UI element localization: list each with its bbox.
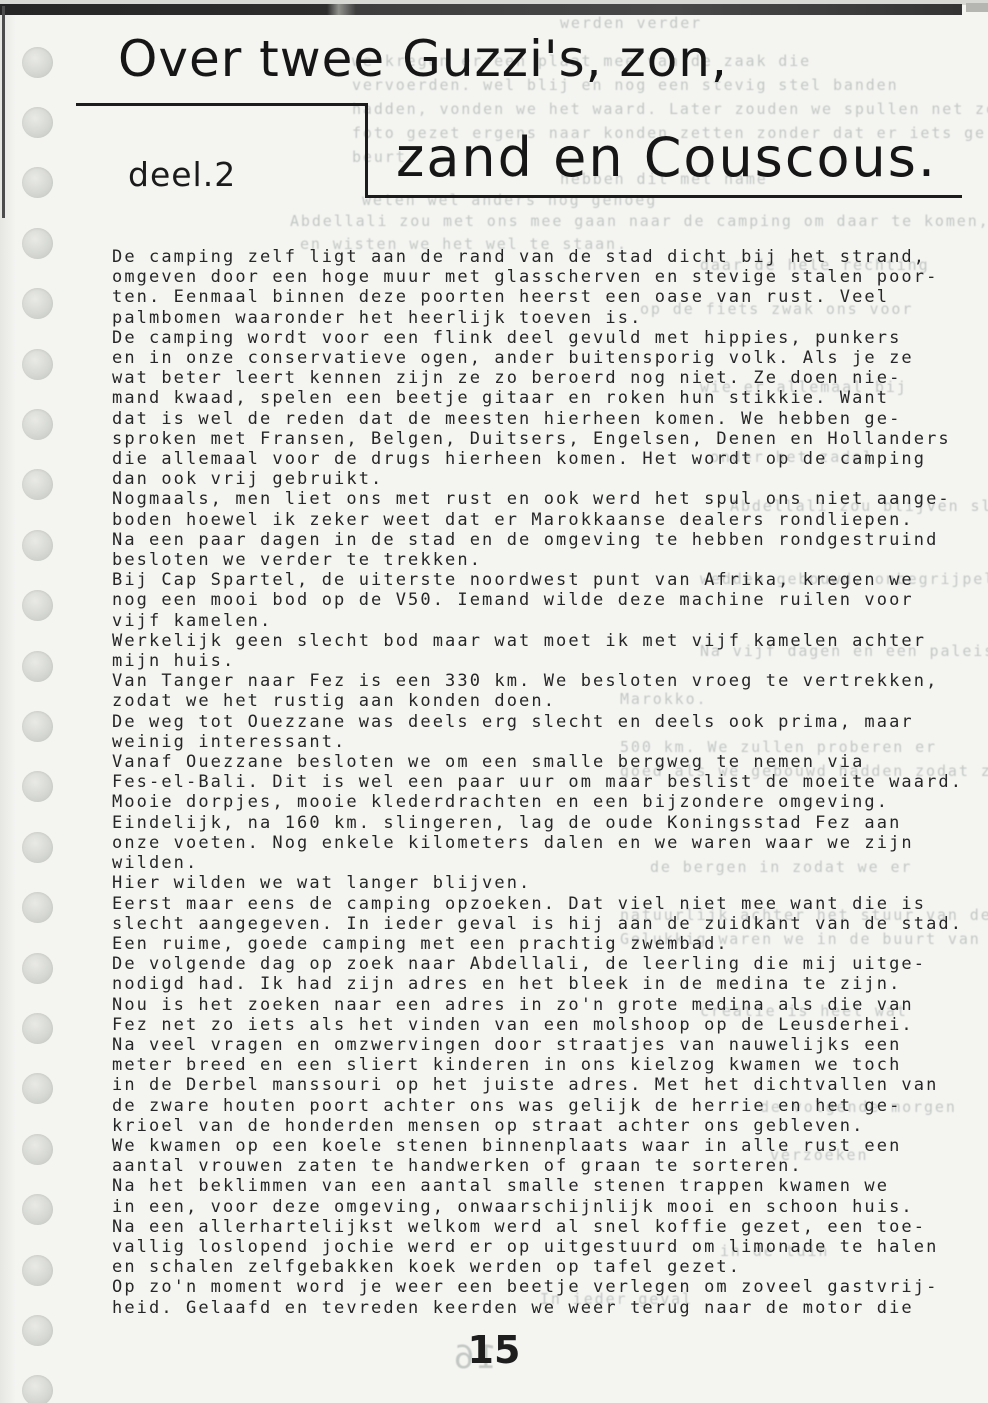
text-line: heid. Gelaafd en tevreden keerden we wee… [112, 1298, 972, 1318]
punch-hole [22, 469, 53, 500]
scanned-magazine-page: { "page": { "title_line1": "Over twee Gu… [0, 0, 988, 1403]
text-line: We kwamen op een koele stenen binnenplaa… [112, 1136, 972, 1156]
punch-hole [22, 892, 53, 923]
punch-hole [22, 711, 53, 742]
text-line: die allemaal voor de drugs hierheen kome… [112, 449, 972, 469]
text-line: Vanaf Ouezzane besloten we om een smalle… [112, 752, 972, 772]
text-line: en in onze conservatieve ogen, ander bui… [112, 348, 972, 368]
text-line: onze voeten. Nog enkele kilometers dalen… [112, 833, 972, 853]
text-line: Eerst maar eens de camping opzoeken. Dat… [112, 894, 972, 914]
title-rule-left [76, 103, 368, 106]
punch-hole [22, 530, 53, 561]
text-line: Eindelijk, na 160 km. slingeren, lag de … [112, 813, 972, 833]
text-line: Na een paar dagen in de stad en de omgev… [112, 530, 972, 550]
text-line: wilden. [112, 853, 972, 873]
text-line: mijn huis. [112, 651, 972, 671]
text-line: Na veel vragen en omzwervingen door stra… [112, 1035, 972, 1055]
page-number: 15 [0, 1328, 988, 1372]
text-line: omgeven door een hoge muur met glasscher… [112, 267, 972, 287]
text-line: dat is wel de reden dat de meesten hierh… [112, 409, 972, 429]
text-line: Fez net zo iets als het vinden van een m… [112, 1015, 972, 1035]
text-line: vijf kamelen. [112, 611, 972, 631]
scan-edge-left-line [2, 6, 5, 218]
bleedthrough-text: weten wel anders nog genoeg [362, 191, 657, 209]
punch-hole [22, 288, 53, 319]
article-title-line1: Over twee Guzzi's, zon, [118, 30, 728, 88]
text-line: palmbomen waaronder het heerlijk toeven … [112, 308, 972, 328]
punch-hole [22, 590, 53, 621]
punch-hole [22, 1194, 53, 1225]
punch-hole [22, 1255, 53, 1286]
text-line: De camping zelf ligt aan de rand van de … [112, 247, 972, 267]
text-line: De weg tot Ouezzane was deels erg slecht… [112, 712, 972, 732]
punch-hole [22, 1073, 53, 1104]
punch-hole [22, 167, 53, 198]
text-line: sproken met Fransen, Belgen, Duitsers, E… [112, 429, 972, 449]
title-rule-vertical [365, 103, 368, 198]
text-line: Bij Cap Spartel, de uiterste noordwest p… [112, 570, 972, 590]
punch-hole [22, 228, 53, 259]
text-line: Na het beklimmen van een aantal smalle s… [112, 1176, 972, 1196]
punch-hole [22, 1375, 53, 1403]
article-title-line2: zand en Couscous. [396, 126, 937, 189]
title-underline [365, 195, 962, 198]
text-line: vallig loslopend jochie werd er op uitge… [112, 1237, 972, 1257]
text-line: mand kwaad, spelen een beetje gitaar en … [112, 388, 972, 408]
text-line: in een, voor deze omgeving, onwaarschijn… [112, 1197, 972, 1217]
text-line: Werkelijk geen slecht bod maar wat moet … [112, 631, 972, 651]
punch-hole [22, 1013, 53, 1044]
article-body: De camping zelf ligt aan de rand van de … [112, 247, 972, 1318]
part-label: deel.2 [128, 155, 236, 194]
text-line: en schalen zelfgebakken koek werden op t… [112, 1257, 972, 1277]
text-line: nodigd had. Ik had zijn adres en het ble… [112, 974, 972, 994]
punch-hole [22, 953, 53, 984]
text-line: wat beter leert kennen zijn ze zo beroer… [112, 368, 972, 388]
text-line: zodat we het rustig aan konden doen. [112, 691, 972, 711]
punch-hole [22, 47, 53, 78]
text-line: boden hoewel ik zeker weet dat er Marokk… [112, 510, 972, 530]
text-line: dan ook vrij gebruikt. [112, 469, 972, 489]
text-line: De volgende dag op zoek naar Abdellali, … [112, 954, 972, 974]
text-line: in de Derbel manssouri op het juiste adr… [112, 1075, 972, 1095]
text-line: krioel van de honderden mensen op straat… [112, 1116, 972, 1136]
scan-edge-top-bar [0, 4, 962, 15]
text-line: Fes-el-Bali. Dit is wel een paar uur om … [112, 772, 972, 792]
text-line: ten. Eenmaal binnen deze poorten heerst … [112, 287, 972, 307]
punch-hole [22, 107, 53, 138]
text-line: Op zo'n moment word je weer een beetje v… [112, 1277, 972, 1297]
punch-hole [22, 832, 53, 863]
text-line: Nou is het zoeken naar een adres in zo'n… [112, 995, 972, 1015]
bleedthrough-text: hadden, vonden we het waard. Later zoude… [352, 100, 988, 118]
punch-hole [22, 349, 53, 380]
text-line: De camping wordt voor een flink deel gev… [112, 328, 972, 348]
bleedthrough-text: Abdellali zou met ons mee gaan naar de c… [290, 212, 988, 230]
text-line: slecht aangegeven. In ieder geval is hij… [112, 914, 972, 934]
text-line: de zware houten poort achter ons was gel… [112, 1096, 972, 1116]
punch-hole [22, 1134, 53, 1165]
punch-hole [22, 771, 53, 802]
text-line: Hier wilden we wat langer blijven. [112, 873, 972, 893]
text-line: Van Tanger naar Fez is een 330 km. We be… [112, 671, 972, 691]
text-line: Na een allerhartelijkst welkom werd al s… [112, 1217, 972, 1237]
text-line: Nogmaals, men liet ons met rust en ook w… [112, 489, 972, 509]
text-line: Een ruime, goede camping met een prachti… [112, 934, 972, 954]
scan-edge-top-right [966, 3, 988, 12]
punch-hole [22, 651, 53, 682]
punch-hole [22, 409, 53, 440]
text-line: nog een mooi bod op de V50. Iemand wilde… [112, 590, 972, 610]
text-line: aantal vrouwen zaten te handwerken of gr… [112, 1156, 972, 1176]
text-line: meter breed en een sliert kinderen in on… [112, 1055, 972, 1075]
text-line: weinig interessant. [112, 732, 972, 752]
text-line: besloten we verder te trekken. [112, 550, 972, 570]
text-line: Mooie dorpjes, mooie klederdrachten en e… [112, 792, 972, 812]
